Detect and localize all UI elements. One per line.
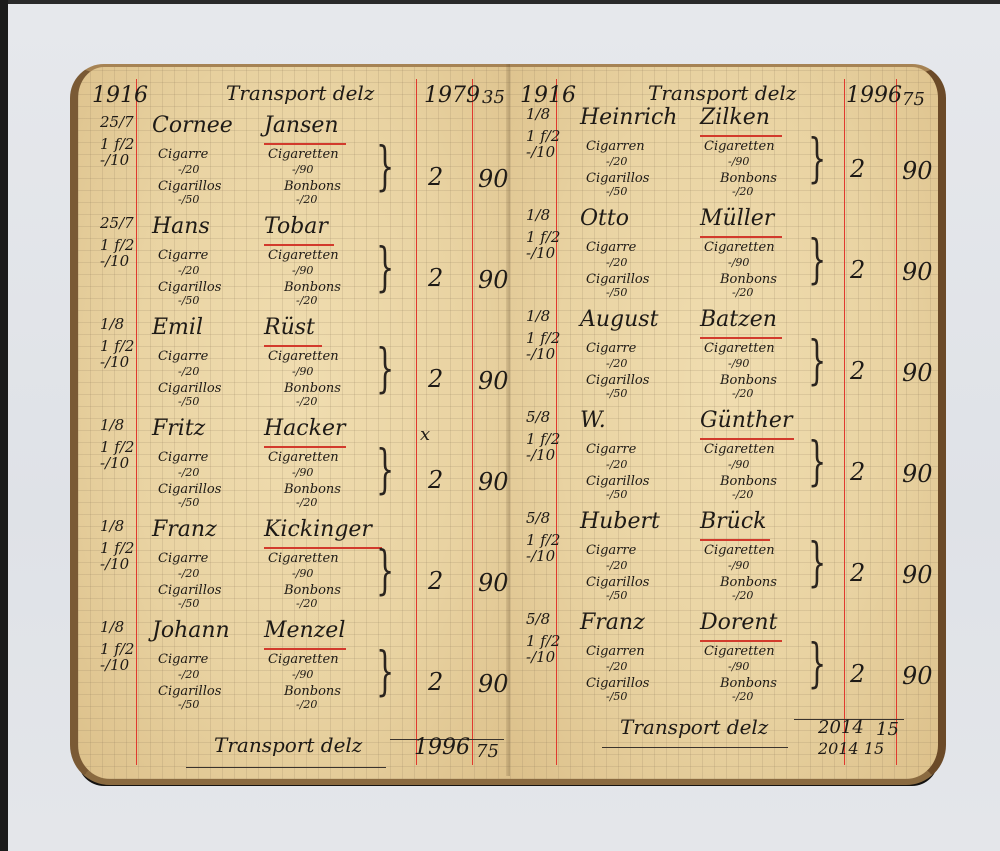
entry-date: 5/8 (526, 612, 550, 626)
entry-amount-cents: 90 (902, 359, 933, 387)
entry-ref: 1 f/2 (526, 129, 560, 143)
footer-total-recheck: 2014 15 (818, 739, 884, 758)
customer-first-name: Franz (152, 517, 217, 542)
item-name: Cigaretten (704, 644, 775, 659)
item-price: -/90 (728, 559, 749, 572)
check-mark: x (420, 424, 430, 445)
item-name: Cigarre (158, 652, 208, 667)
entry-date: 1/8 (100, 620, 124, 634)
brace-icon: } (376, 642, 394, 702)
surname-underline (700, 337, 782, 339)
item-price: -/50 (178, 193, 199, 206)
entry-ref-amount: -/10 (100, 456, 129, 470)
customer-first-name: Heinrich (580, 105, 677, 130)
item-price: -/20 (178, 264, 199, 277)
entry-amount-cents: 90 (478, 670, 509, 698)
item-price: -/20 (732, 690, 753, 703)
brace-icon: } (808, 129, 826, 189)
surname-underline (700, 135, 782, 137)
surname-underline (264, 446, 346, 448)
item-price: -/20 (178, 365, 199, 378)
entry-amount-cents: 90 (902, 662, 933, 690)
item-name: Cigarre (586, 341, 636, 356)
item-name: Cigarillos (586, 474, 649, 489)
item-price: -/90 (728, 155, 749, 168)
entry-amount: 2 (428, 264, 443, 292)
item-price: -/20 (178, 668, 199, 681)
item-price: -/20 (732, 387, 753, 400)
item-name: Cigarre (158, 551, 208, 566)
item-price: -/20 (606, 155, 627, 168)
item-name: Cigarillos (158, 280, 221, 295)
entry-ref-amount: -/10 (100, 254, 129, 268)
item-price: -/90 (292, 466, 313, 479)
item-price: -/50 (606, 185, 627, 198)
item-price: -/20 (296, 698, 317, 711)
surname-underline (264, 547, 382, 549)
entry-ref: 1 f/2 (100, 238, 134, 252)
item-name: Cigarre (158, 450, 208, 465)
entry-amount-cents: 90 (902, 157, 933, 185)
customer-first-name: Emil (152, 315, 203, 340)
amount-rule (844, 79, 845, 765)
customer-surname: Rüst (264, 315, 315, 340)
item-name: Cigaretten (268, 248, 339, 263)
entry-amount-cents: 90 (478, 569, 509, 597)
item-price: -/20 (178, 163, 199, 176)
item-name: Cigaretten (268, 450, 339, 465)
brace-icon: } (376, 238, 394, 298)
header-carried-forward-cents: 75 (902, 89, 925, 110)
header-transport-label: Transport delz (648, 81, 796, 105)
item-price: -/20 (606, 660, 627, 673)
surname-underline (264, 345, 322, 347)
entry-date: 1/8 (526, 107, 550, 121)
item-name: Cigarre (158, 147, 208, 162)
item-name: Cigarre (586, 240, 636, 255)
item-name: Cigarre (586, 442, 636, 457)
item-name: Bonbons (284, 280, 341, 295)
item-name: Cigarillos (158, 381, 221, 396)
customer-surname: Hacker (264, 416, 346, 441)
footer-underline (602, 747, 788, 748)
item-name: Bonbons (720, 272, 777, 287)
item-price: -/90 (728, 256, 749, 269)
item-name: Bonbons (284, 583, 341, 598)
entry-ref-amount: -/10 (100, 153, 129, 167)
entry-date: 5/8 (526, 410, 550, 424)
item-price: -/50 (606, 690, 627, 703)
date-margin-rule (556, 79, 557, 765)
entry-amount: 2 (428, 163, 443, 191)
header-carried-forward: 1979 (424, 83, 480, 108)
entry-date: 1/8 (100, 317, 124, 331)
right-page: 1916 Transport delz 1996 75 1/8 1 f/2 -/… (510, 64, 946, 785)
item-price: -/50 (606, 286, 627, 299)
item-name: Bonbons (720, 474, 777, 489)
open-ledger-notebook: 1916 Transport delz 1979 35 25/7 1 f/2 -… (70, 64, 946, 784)
item-price: -/90 (292, 668, 313, 681)
item-name: Cigaretten (268, 349, 339, 364)
entry-ref-amount: -/10 (100, 557, 129, 571)
item-price: -/20 (178, 567, 199, 580)
entry-ref: 1 f/2 (100, 137, 134, 151)
item-name: Cigarillos (586, 373, 649, 388)
item-price: -/20 (296, 395, 317, 408)
item-price: -/50 (606, 589, 627, 602)
footer-total-cents: 15 (876, 719, 899, 740)
entry-date: 25/7 (100, 115, 134, 129)
entry-ref: 1 f/2 (100, 541, 134, 555)
entry-ref-amount: -/10 (526, 448, 555, 462)
entry-date: 1/8 (100, 418, 124, 432)
customer-first-name: W. (580, 408, 606, 433)
entry-amount-cents: 90 (478, 468, 509, 496)
entry-ref: 1 f/2 (100, 339, 134, 353)
entry-amount: 2 (428, 567, 443, 595)
entry-ref-amount: -/10 (526, 549, 555, 563)
item-name: Bonbons (720, 575, 777, 590)
customer-first-name: Franz (580, 610, 645, 635)
entry-date: 1/8 (526, 309, 550, 323)
item-price: -/50 (178, 294, 199, 307)
brace-icon: } (376, 137, 394, 197)
item-price: -/20 (296, 597, 317, 610)
entry-ref: 1 f/2 (100, 642, 134, 656)
entry-amount: 2 (850, 357, 865, 385)
item-price: -/20 (606, 357, 627, 370)
item-price: -/90 (292, 264, 313, 277)
entry-amount: 2 (850, 660, 865, 688)
entry-amount: 2 (850, 559, 865, 587)
footer-transport-label: Transport delz (620, 715, 768, 739)
brace-icon: } (808, 533, 826, 593)
item-name: Bonbons (284, 381, 341, 396)
scan-frame-edge (0, 0, 8, 851)
entry-date: 5/8 (526, 511, 550, 525)
item-price: -/90 (292, 163, 313, 176)
item-name: Bonbons (720, 676, 777, 691)
customer-first-name: August (580, 307, 658, 332)
entry-amount: 2 (850, 256, 865, 284)
item-price: -/50 (178, 698, 199, 711)
customer-surname: Batzen (700, 307, 777, 332)
surname-underline (264, 244, 334, 246)
header-carried-forward: 1996 (846, 83, 902, 108)
item-price: -/20 (296, 193, 317, 206)
item-name: Cigaretten (704, 543, 775, 558)
surname-underline (700, 640, 782, 642)
item-price: -/50 (606, 387, 627, 400)
item-name: Bonbons (284, 684, 341, 699)
entry-amount-cents: 90 (902, 258, 933, 286)
entry-ref-amount: -/10 (526, 650, 555, 664)
item-name: Bonbons (284, 482, 341, 497)
item-name: Cigarillos (586, 171, 649, 186)
item-name: Cigaretten (268, 551, 339, 566)
customer-surname: Brück (700, 509, 767, 534)
item-name: Cigarillos (158, 482, 221, 497)
item-price: -/20 (732, 589, 753, 602)
item-name: Cigarre (158, 248, 208, 263)
entry-ref-amount: -/10 (526, 347, 555, 361)
header-transport-label: Transport delz (226, 81, 374, 105)
item-name: Bonbons (284, 179, 341, 194)
item-name: Bonbons (720, 171, 777, 186)
item-name: Cigarillos (586, 272, 649, 287)
amount-rule (416, 79, 417, 765)
customer-surname: Günther (700, 408, 792, 433)
item-name: Cigaretten (704, 139, 775, 154)
item-price: -/20 (178, 466, 199, 479)
item-name: Cigarren (586, 644, 645, 659)
item-name: Bonbons (720, 373, 777, 388)
entry-amount: 2 (428, 365, 443, 393)
item-price: -/20 (606, 256, 627, 269)
entry-amount-cents: 90 (478, 266, 509, 294)
item-name: Cigaretten (704, 341, 775, 356)
item-name: Cigarillos (586, 575, 649, 590)
footer-underline (186, 767, 386, 768)
item-name: Cigarre (586, 543, 636, 558)
brace-icon: } (808, 634, 826, 694)
cents-rule (472, 79, 473, 765)
entry-ref: 1 f/2 (100, 440, 134, 454)
customer-first-name: Otto (580, 206, 629, 231)
entry-ref: 1 f/2 (526, 533, 560, 547)
item-name: Cigaretten (268, 652, 339, 667)
customer-surname: Menzel (264, 618, 345, 643)
item-price: -/50 (178, 395, 199, 408)
header-carried-forward-cents: 35 (482, 87, 505, 108)
entry-ref: 1 f/2 (526, 230, 560, 244)
item-name: Cigarre (158, 349, 208, 364)
item-price: -/20 (296, 496, 317, 509)
entry-date: 1/8 (526, 208, 550, 222)
entry-ref-amount: -/10 (100, 355, 129, 369)
scan-frame-top (0, 0, 1000, 4)
entry-amount-cents: 90 (478, 165, 509, 193)
item-name: Cigaretten (268, 147, 339, 162)
brace-icon: } (808, 230, 826, 290)
entry-amount-cents: 90 (902, 460, 933, 488)
entry-amount-cents: 90 (478, 367, 509, 395)
item-price: -/50 (606, 488, 627, 501)
entry-amount-cents: 90 (902, 561, 933, 589)
entry-date: 25/7 (100, 216, 134, 230)
surname-underline (264, 648, 346, 650)
customer-surname: Kickinger (264, 517, 372, 542)
item-price: -/50 (178, 597, 199, 610)
item-price: -/20 (732, 286, 753, 299)
footer-total-cents: 75 (476, 741, 499, 762)
entry-ref: 1 f/2 (526, 432, 560, 446)
brace-icon: } (808, 432, 826, 492)
brace-icon: } (376, 541, 394, 601)
item-price: -/90 (292, 365, 313, 378)
header-year: 1916 (92, 83, 148, 108)
footer-total: 2014 (818, 717, 864, 738)
item-name: Cigarillos (586, 676, 649, 691)
item-name: Cigaretten (704, 240, 775, 255)
customer-surname: Zilken (700, 105, 770, 130)
item-name: Cigarillos (158, 179, 221, 194)
item-name: Cigarillos (158, 684, 221, 699)
customer-surname: Jansen (264, 113, 339, 138)
footer-transport-label: Transport delz (214, 733, 362, 757)
entry-amount: 2 (850, 155, 865, 183)
customer-first-name: Fritz (152, 416, 205, 441)
entry-ref-amount: -/10 (526, 246, 555, 260)
item-price: -/90 (728, 458, 749, 471)
item-price: -/20 (606, 559, 627, 572)
entry-ref: 1 f/2 (526, 634, 560, 648)
customer-first-name: Hans (152, 214, 210, 239)
entry-amount: 2 (850, 458, 865, 486)
item-name: Cigarillos (158, 583, 221, 598)
item-price: -/20 (606, 458, 627, 471)
entry-amount: 2 (428, 466, 443, 494)
surname-underline (264, 143, 346, 145)
item-price: -/20 (732, 185, 753, 198)
brace-icon: } (808, 331, 826, 391)
item-price: -/50 (178, 496, 199, 509)
item-price: -/90 (728, 357, 749, 370)
customer-surname: Müller (700, 206, 774, 231)
customer-first-name: Johann (152, 618, 230, 643)
surname-underline (700, 236, 782, 238)
item-price: -/20 (296, 294, 317, 307)
customer-first-name: Cornee (152, 113, 233, 138)
item-price: -/20 (732, 488, 753, 501)
customer-first-name: Hubert (580, 509, 660, 534)
entry-amount: 2 (428, 668, 443, 696)
item-price: -/90 (292, 567, 313, 580)
cents-rule (896, 79, 897, 765)
surname-underline (700, 438, 794, 440)
item-name: Cigaretten (704, 442, 775, 457)
entry-date: 1/8 (100, 519, 124, 533)
customer-surname: Tobar (264, 214, 328, 239)
item-price: -/90 (728, 660, 749, 673)
item-name: Cigarren (586, 139, 645, 154)
footer-total: 1996 (414, 735, 470, 760)
left-page: 1916 Transport delz 1979 35 25/7 1 f/2 -… (70, 64, 518, 785)
surname-underline (700, 539, 770, 541)
brace-icon: } (376, 440, 394, 500)
entry-ref: 1 f/2 (526, 331, 560, 345)
date-margin-rule (136, 79, 137, 765)
customer-surname: Dorent (700, 610, 777, 635)
brace-icon: } (376, 339, 394, 399)
entry-ref-amount: -/10 (100, 658, 129, 672)
entry-ref-amount: -/10 (526, 145, 555, 159)
